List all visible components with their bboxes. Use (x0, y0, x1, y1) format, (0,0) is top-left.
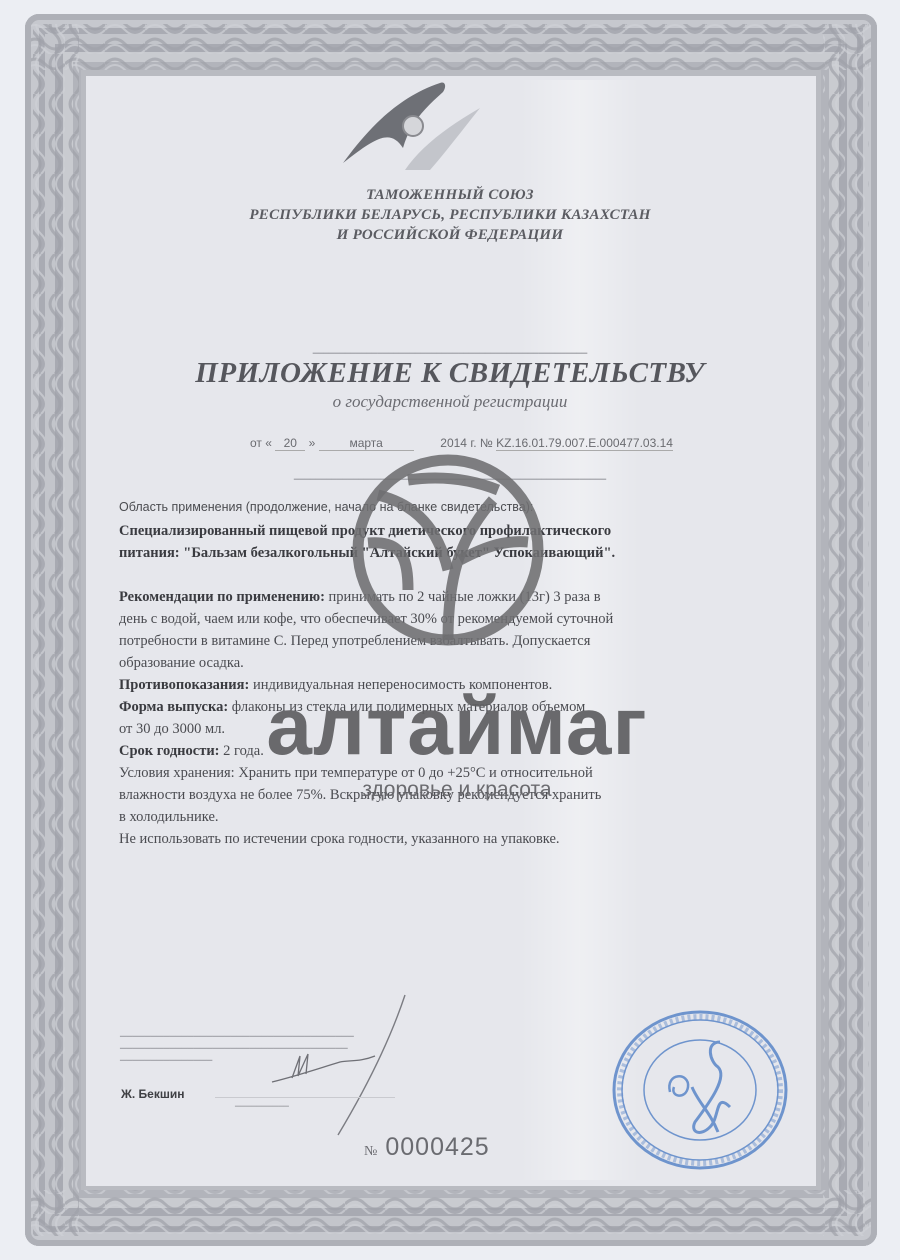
watermark-brand: алтаймаг (222, 686, 692, 768)
date-year: 2014 (417, 436, 467, 450)
union-line-2: РЕСПУБЛИКИ БЕЛАРУСЬ, РЕСПУБЛИКИ КАЗАХСТА… (0, 207, 900, 224)
serial-prefix: № (364, 1144, 377, 1159)
date-month: марта (319, 436, 414, 451)
number-prefix: № (480, 436, 493, 450)
storage-line-3: в холодильнике. (119, 806, 799, 828)
date-day: 20 (275, 436, 305, 451)
issuer-caption: ▁▁▁▁▁▁▁▁▁▁▁▁▁▁▁▁▁▁▁▁▁▁▁▁▁▁▁▁▁▁▁▁▁▁▁▁▁▁▁▁… (0, 346, 900, 354)
release-form-label: Форма выпуска: (119, 699, 228, 715)
signer-name: Ж. Бекшин (121, 1087, 184, 1101)
customs-union-emblem-icon (335, 78, 485, 178)
recommendations-text-4: образование осадка. (119, 652, 799, 674)
recommendations-label: Рекомендации по применению: (119, 589, 325, 605)
document-subtitle: о государственной регистрации (0, 392, 900, 412)
serial-number: 0000425 (385, 1133, 489, 1161)
registration-line: от « 20 » марта 2014 г. № KZ.16.01.79.00… (250, 436, 673, 451)
watermark-tagline: здоровье и красота (222, 778, 692, 802)
shelf-life-label: Срок годности: (119, 743, 220, 759)
union-line-1: ТАМОЖЕННЫЙ СОЮЗ (0, 187, 900, 204)
serial-number-block: №0000425 (364, 1133, 490, 1162)
fio-caption: ▁▁▁▁▁▁▁▁▁▁ (235, 1099, 289, 1107)
document-title: ПРИЛОЖЕНИЕ К СВИДЕТЕЛЬСТВУ (0, 357, 900, 390)
signature-line (215, 1097, 395, 1098)
date-prefix: от « (250, 436, 272, 450)
expiry-note: Не использовать по истечении срока годно… (119, 828, 799, 850)
date-mid: » (309, 436, 316, 450)
registration-number: KZ.16.01.79.007.E.000477.03.14 (496, 436, 673, 451)
union-line-3: И РОССИЙСКОЙ ФЕДЕРАЦИИ (0, 227, 900, 244)
year-suffix: г. (470, 436, 476, 450)
round-company-seal-icon (600, 992, 790, 1172)
handwritten-signature-icon (250, 990, 430, 1140)
altaimag-leaf-logo-icon (348, 450, 548, 650)
